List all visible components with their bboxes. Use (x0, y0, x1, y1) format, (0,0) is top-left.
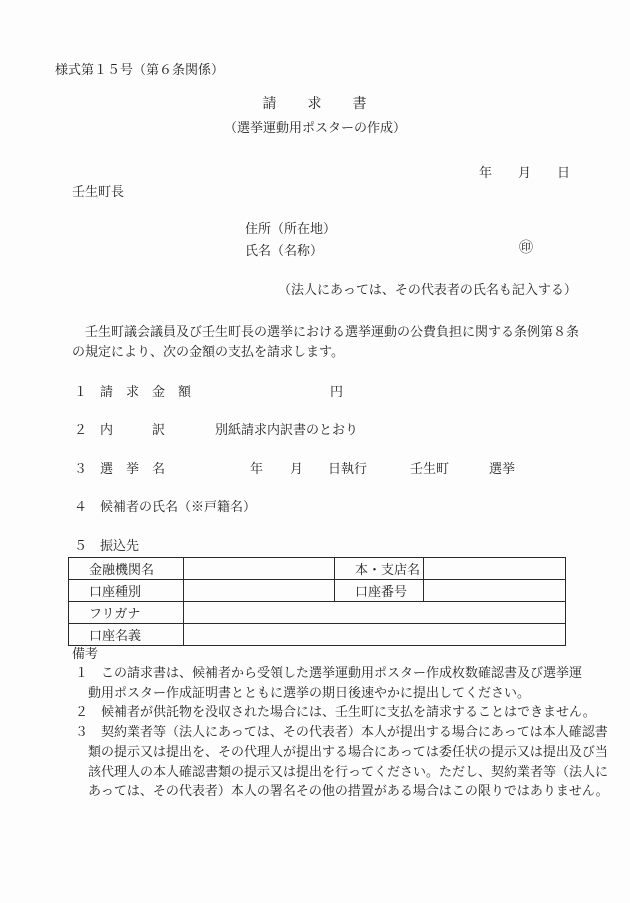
item-1-label: １ 請 求 金 額 (74, 384, 191, 399)
item-3-month: 月 (290, 461, 303, 476)
seal-mark-icon: ㊞ (519, 241, 533, 256)
account-type-label: 口座種別 (69, 580, 184, 602)
corporate-note: （法人にあっては、その代表者の氏名も記入する） (278, 282, 577, 297)
date-placeholder: 年 月 日 (479, 165, 570, 180)
account-holder-label: 口座名義 (69, 624, 184, 646)
name-label: 氏名（名称） (245, 243, 323, 258)
financial-institution-value (184, 558, 335, 580)
page-subtitle: （選挙運動用ポスターの作成） (0, 120, 630, 135)
page-title: 請 求 書 (0, 97, 630, 112)
item-3-year: 年 (250, 461, 263, 476)
remarks-item-3-line-1: ３ 契約業者等（法人にあっては、その代表者）本人が提出する場合にあっては本人確認… (75, 724, 608, 739)
remarks-item-1-line-2: 動用ポスター作成証明書とともに選挙の期日後速やかに提出してください。 (88, 685, 530, 700)
financial-institution-label: 金融機関名 (69, 558, 184, 580)
table-row: 口座種別 口座番号 (69, 580, 566, 602)
account-holder-value (184, 624, 566, 646)
item-2-label: ２ 内 訳 (74, 422, 165, 437)
remarks-item-2: ２ 候補者が供託物を没収された場合には、壬生町に支払を請求することはできません。 (75, 704, 596, 719)
furigana-label: フリガナ (69, 602, 184, 624)
remarks-item-3-line-3: 該代理人の本人確認書類の提示又は提出を行ってください。ただし、契約業者等（法人に (88, 764, 608, 779)
table-row: 金融機関名 本・支店名 (69, 558, 566, 580)
item-2-value: 別紙請求内訳書のとおり (215, 422, 358, 437)
remarks-heading: 備考 (72, 646, 98, 661)
furigana-value (184, 602, 566, 624)
bank-transfer-table: 金融機関名 本・支店名 口座種別 口座番号 フリガナ 口座名義 (68, 557, 566, 646)
item-1-unit-yen: 円 (330, 384, 343, 399)
account-type-value (184, 580, 335, 602)
remarks-item-3-line-2: 類の提示又は提出を、その代理人が提出する場合にあっては委任状の提示又は提出及び当 (88, 744, 608, 759)
branch-value (424, 558, 566, 580)
item-3-day-suffix: 日執行 (328, 461, 367, 476)
table-row: フリガナ (69, 602, 566, 624)
addressee: 壬生町長 (72, 184, 124, 199)
table-row: 口座名義 (69, 624, 566, 646)
item-3-election: 選挙 (489, 461, 515, 476)
remarks-item-1-line-1: １ この請求書は、候補者から受領した選挙運動用ポスター作成枚数確認書及び選挙運 (75, 665, 582, 680)
item-4-label: ４ 候補者の氏名（※戸籍名） (74, 499, 256, 514)
branch-label: 本・支店名 (335, 558, 424, 580)
item-3-town: 壬生町 (410, 461, 449, 476)
body-paragraph-line-2: の規定により、次の金額の支払を請求します。 (72, 344, 344, 359)
item-5-label: ５ 振込先 (74, 538, 139, 553)
remarks-item-3-line-4: あっては、その代表者）本人の署名その他の措置がある場合はこの限りではありません。 (88, 783, 609, 798)
address-label: 住所（所在地） (245, 221, 336, 236)
body-paragraph-line-1: 壬生町議会議員及び壬生町長の選挙における選挙運動の公費負担に関する条例第８条 (72, 324, 579, 339)
account-number-value (424, 580, 566, 602)
item-3-label: ３ 選 挙 名 (74, 461, 165, 476)
form-number: 様式第１５号（第６条関係） (55, 62, 224, 77)
invoice-form-page: 様式第１５号（第６条関係） 請 求 書 （選挙運動用ポスターの作成） 年 月 日… (0, 0, 630, 903)
account-number-label: 口座番号 (335, 580, 424, 602)
